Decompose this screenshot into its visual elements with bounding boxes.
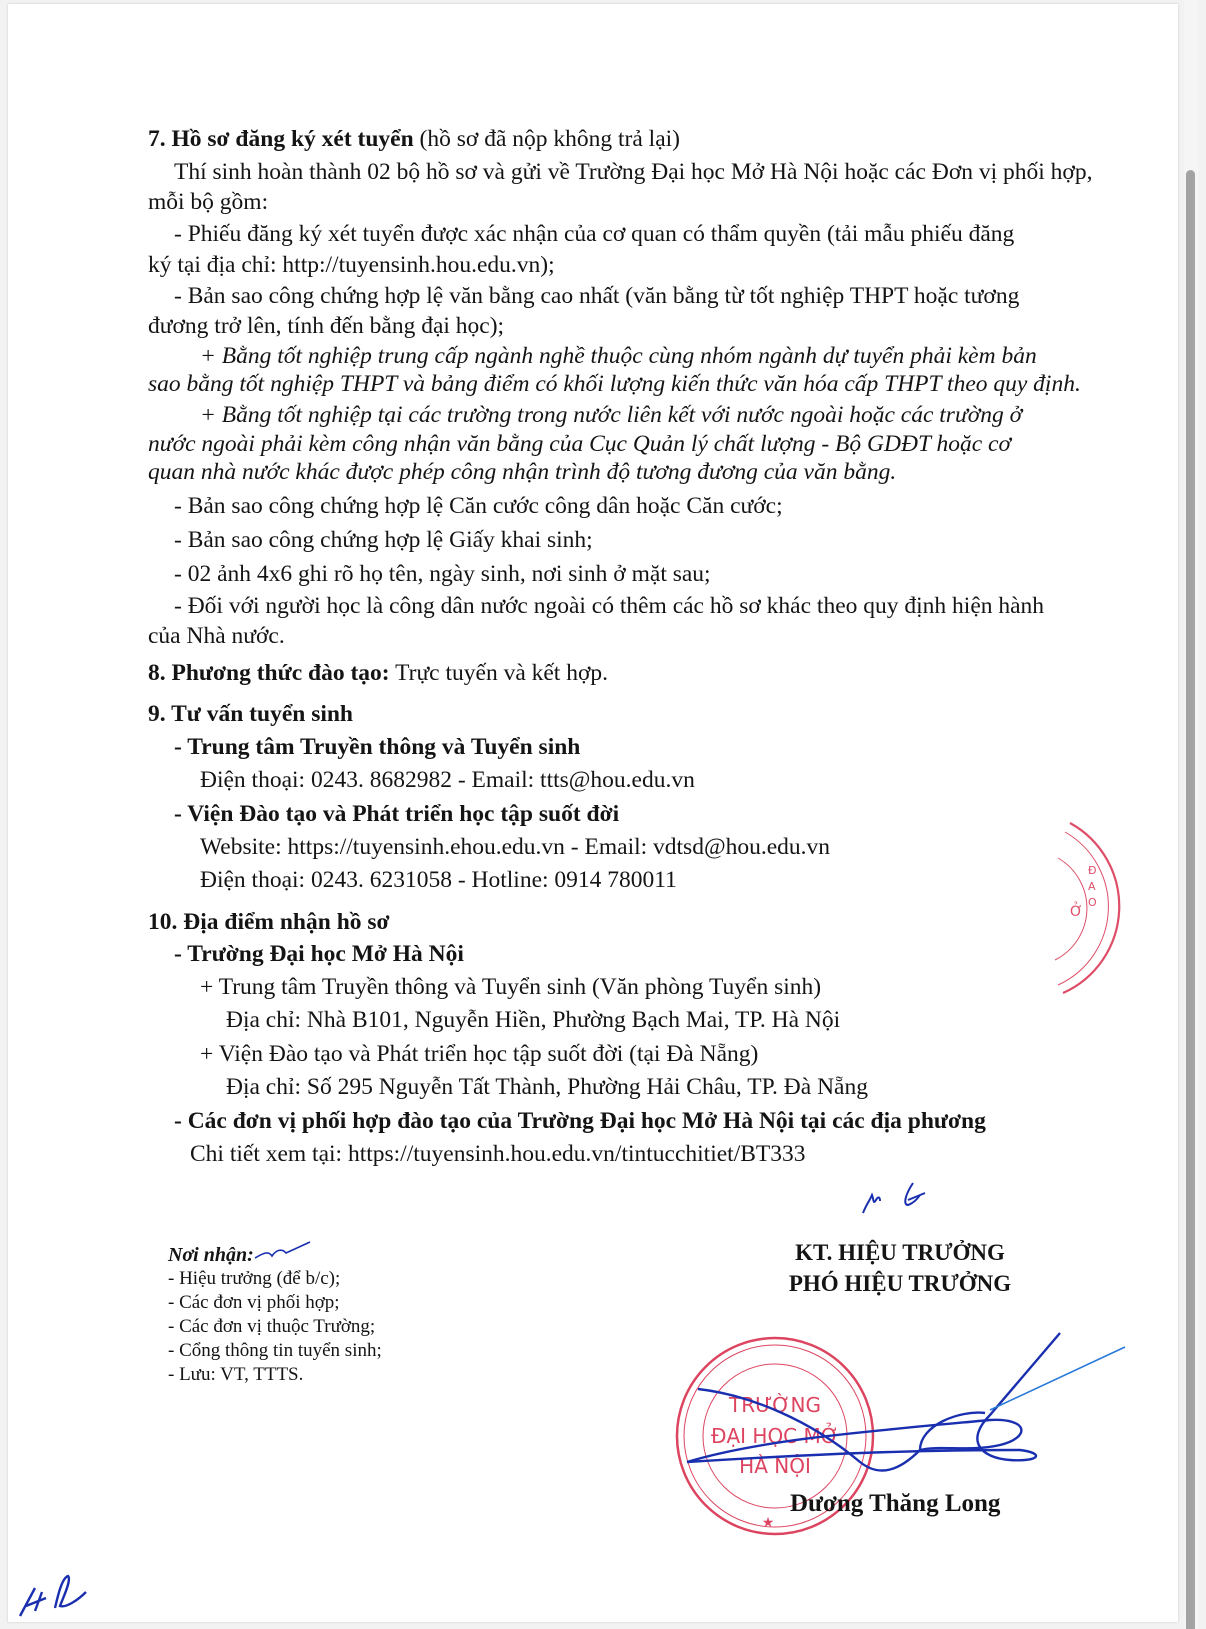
section-10-heading: 10. Địa điểm nhận hồ sơ (148, 906, 390, 939)
recipients-block: Nơi nhận: - Hiệu trưởng (để b/c); - Các … (168, 1243, 382, 1387)
recipient-item: - Hiệu trưởng (để b/c); (168, 1267, 382, 1291)
office-2-name: + Viện Đào tạo và Phát triển học tập suố… (148, 1038, 758, 1071)
section-7-intro-cont: mỗi bộ gồm: (148, 186, 268, 219)
list-item-cont: đương trở lên, tính đến bằng đại học); (148, 310, 504, 343)
consult-unit-2: - Viện Đào tạo và Phát triển học tập suố… (148, 798, 619, 831)
office-1-address: Địa chỉ: Nhà B101, Nguyễn Hiền, Phường B… (148, 1004, 840, 1037)
section-8-value: Trực tuyến và kết hợp. (390, 660, 608, 686)
recipients-title: Nơi nhận: (168, 1243, 382, 1267)
list-item: - Bản sao công chứng hợp lệ Giấy khai si… (148, 524, 593, 557)
list-item: - 02 ảnh 4x6 ghi rõ họ tên, ngày sinh, n… (148, 558, 711, 591)
list-item: - Bản sao công chứng hợp lệ văn bằng cao… (148, 280, 1019, 313)
section-9-heading: 9. Tư vấn tuyển sinh (148, 698, 353, 731)
consult-unit-1: - Trung tâm Truyền thông và Tuyển sinh (148, 731, 580, 764)
list-item: - Bản sao công chứng hợp lệ Căn cước côn… (148, 490, 783, 523)
section-7-heading: 7. Hồ sơ đăng ký xét tuyển (hồ sơ đã nộp… (148, 123, 680, 156)
office-1-name: + Trung tâm Truyền thông và Tuyển sinh (… (148, 971, 821, 1004)
list-item-cont: của Nhà nước. (148, 620, 285, 653)
section-7-heading-bold: 7. Hồ sơ đăng ký xét tuyển (148, 126, 414, 152)
partner-units: - Các đơn vị phối hợp đào tạo của Trường… (148, 1105, 986, 1138)
signer-name: Dương Thăng Long (790, 1490, 1000, 1518)
recipient-item: - Cổng thông tin tuyển sinh; (168, 1339, 382, 1363)
office-2-address: Địa chỉ: Số 295 Nguyễn Tất Thành, Phường… (148, 1071, 868, 1104)
list-item: - Phiếu đăng ký xét tuyển được xác nhận … (148, 218, 1014, 251)
section-8: 8. Phương thức đào tạo: Trực tuyến và kế… (148, 657, 608, 690)
signature-title-line-2: PHÓ HIỆU TRƯỞNG (760, 1268, 1040, 1299)
consult-unit-1-contact: Điện thoại: 0243. 8682982 - Email: ttts@… (148, 764, 695, 797)
consult-unit-2-phone: Điện thoại: 0243. 6231058 - Hotline: 091… (148, 864, 677, 897)
section-7-heading-note: (hồ sơ đã nộp không trả lại) (414, 126, 680, 152)
recipient-item: - Các đơn vị thuộc Trường; (168, 1315, 382, 1339)
partner-units-link[interactable]: Chi tiết xem tại: https://tuyensinh.hou.… (148, 1138, 806, 1171)
section-8-heading: 8. Phương thức đào tạo: (148, 660, 390, 686)
consult-unit-2-website: Website: https://tuyensinh.ehou.edu.vn -… (148, 831, 830, 864)
school-name: - Trường Đại học Mở Hà Nội (148, 938, 464, 971)
scrollbar-thumb[interactable] (1186, 170, 1195, 1629)
note-item-cont: quan nhà nước khác được phép công nhận t… (148, 456, 896, 489)
section-7-intro: Thí sinh hoàn thành 02 bộ hồ sơ và gửi v… (148, 156, 1093, 189)
recipient-item: - Các đơn vị phối hợp; (168, 1291, 382, 1315)
list-item-cont: ký tại địa chỉ: http://tuyensinh.hou.edu… (148, 249, 555, 282)
recipient-item: - Lưu: VT, TTTS. (168, 1363, 382, 1387)
signature-title: KT. HIỆU TRƯỞNG PHÓ HIỆU TRƯỞNG (760, 1237, 1040, 1299)
note-item-cont: sao bằng tốt nghiệp THPT và bảng điểm có… (148, 368, 1081, 401)
list-item: - Đối với người học là công dân nước ngo… (148, 590, 1044, 623)
signature-title-line-1: KT. HIỆU TRƯỞNG (760, 1237, 1040, 1268)
